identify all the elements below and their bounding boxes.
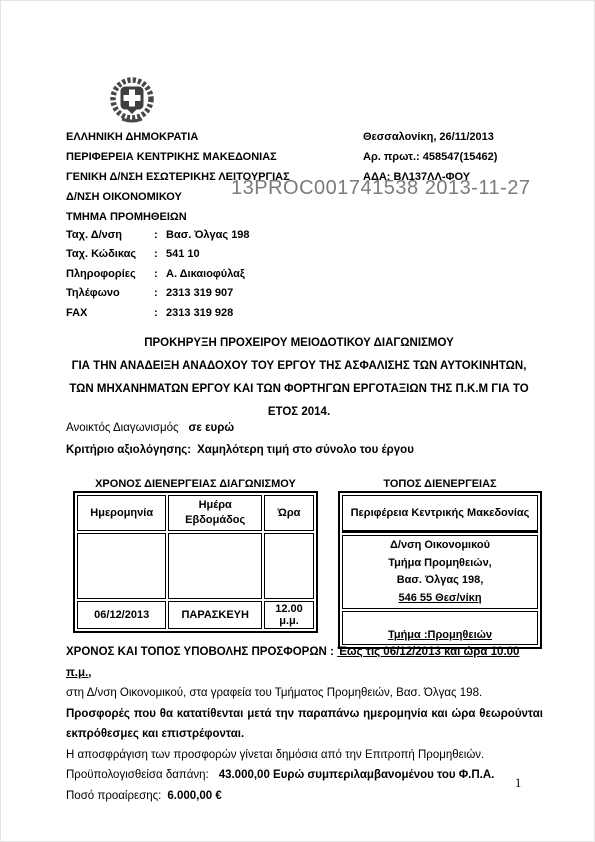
contact-block: Ταχ. Δ/νση : Βασ. Όλγας 198 Ταχ. Κώδικας… (66, 225, 250, 323)
issuer-line-republic: ΕΛΛΗΝΙΚΗ ΔΗΜΟΚΡΑΤΙΑ (66, 127, 290, 147)
empty-cell (168, 533, 262, 599)
place-table-region: Περιφέρεια Κεντρικής Μακεδονίας (342, 495, 538, 533)
contact-label: Τηλέφωνο (66, 287, 154, 299)
title-line-2: ΓΙΑ ΤΗΝ ΑΝΑΔΕΙΞΗ ΑΝΑΔΟΧΟΥ ΤΟΥ ΕΡΓΟΥ ΤΗΣ … (61, 355, 537, 378)
document-page: ΕΛΛΗΝΙΚΗ ΔΗΜΟΚΡΑΤΙΑ ΠΕΡΙΦΕΡΕΙΑ ΚΕΝΤΡΙΚΗΣ… (0, 0, 595, 842)
time-table: Ημερομηνία Ημέρα Εβδομάδος Ώρα 06/12/201… (73, 491, 318, 633)
address-line-directorate: Δ/νση Οικονομικού (346, 537, 534, 555)
time-table-data-row: 06/12/2013 ΠΑΡΑΣΚΕΥΗ 12.00 μ.μ. (77, 601, 314, 629)
issuer-line-region: ΠΕΡΙΦΕΡΕΙΑ ΚΕΝΤΡΙΚΗΣ ΜΑΚΕΔΟΝΙΑΣ (66, 147, 290, 167)
title-line-3: ΤΩΝ ΜΗΧΑΝΗΜΑΤΩΝ ΕΡΓΟΥ ΚΑΙ ΤΩΝ ΦΟΡΤΗΓΩΝ Ε… (61, 378, 537, 401)
contact-row-fax: FAX : 2313 319 928 (66, 303, 250, 323)
contact-colon: : (154, 287, 166, 299)
contact-value: 2313 319 928 (166, 307, 233, 319)
time-table-date: 06/12/2013 (77, 601, 166, 629)
place-table-caption: ΤΟΠΟΣ ΔΙΕΝΕΡΓΕΙΑΣ (338, 478, 542, 490)
address-line-department: Τμήμα Προμηθειών, (346, 555, 534, 573)
budget-paragraph: Προϋπολογισθείσα δαπάνη:43.000,00 Ευρώ σ… (66, 765, 543, 786)
contact-label: FAX (66, 307, 154, 319)
address-line-street: Βασ. Όλγας 198, (346, 572, 534, 590)
procedure-type: Ανοικτός Διαγωνισμός (66, 422, 179, 434)
greek-coat-of-arms-icon (105, 75, 159, 125)
option-value: 6.000,00 € (167, 790, 221, 802)
submission-heading: ΧΡΟΝΟΣ ΚΑΙ ΤΟΠΟΣ ΥΠΟΒΟΛΗΣ ΠΡΟΣΦΟΡΩΝ (66, 646, 327, 658)
criterion-label: Κριτήριο αξιολόγησης: (66, 444, 191, 456)
place-table-department: Τμήμα :Προμηθειών (388, 629, 492, 641)
place-table: Περιφέρεια Κεντρικής Μακεδονίας Δ/νση Οι… (338, 491, 542, 649)
contact-label: Ταχ. Δ/νση (66, 229, 154, 241)
body-text: ΧΡΟΝΟΣ ΚΑΙ ΤΟΠΟΣ ΥΠΟΒΟΛΗΣ ΠΡΟΣΦΟΡΩΝ : Έω… (66, 642, 543, 806)
contact-colon: : (154, 248, 166, 260)
place-table-department-cell: Τμήμα :Προμηθειών (342, 611, 538, 645)
time-table-header-row: Ημερομηνία Ημέρα Εβδομάδος Ώρα (77, 495, 314, 531)
time-table-day: ΠΑΡΑΣΚΕΥΗ (168, 601, 262, 629)
contact-value: 2313 319 907 (166, 287, 233, 299)
contact-label: Πληροφορίες (66, 268, 154, 280)
budget-label: Προϋπολογισθείσα δαπάνη: (66, 769, 209, 781)
time-table-caption: ΧΡΟΝΟΣ ΔΙΕΝΕΡΓΕΙΑΣ ΔΙΑΓΩΝΙΣΜΟΥ (73, 478, 318, 490)
contact-colon: : (154, 307, 166, 319)
time-table-hour: 12.00 μ.μ. (264, 601, 314, 629)
place-table-address-row: Δ/νση Οικονομικού Τμήμα Προμηθειών, Βασ.… (342, 535, 538, 609)
empty-cell (77, 533, 166, 599)
place-date-line: Θεσσαλονίκη, 26/11/2013 (363, 127, 497, 147)
place-table-department-row: Τμήμα :Προμηθειών (342, 611, 538, 645)
contact-value: Α. Δικαιοφύλαξ (166, 268, 245, 280)
contact-row-address: Ταχ. Δ/νση : Βασ. Όλγας 198 (66, 225, 250, 245)
address-line-city: 546 55 Θεσ/νίκη (346, 590, 534, 608)
contact-row-phone: Τηλέφωνο : 2313 319 907 (66, 284, 250, 304)
contact-row-information: Πληροφορίες : Α. Δικαιοφύλαξ (66, 264, 250, 284)
time-table-header-hour: Ώρα (264, 495, 314, 531)
contact-row-postcode: Ταχ. Κώδικας : 541 10 (66, 245, 250, 265)
issuer-line-department: ΤΜΗΜΑ ΠΡΟΜΗΘΕΙΩΝ (66, 207, 290, 227)
option-paragraph: Ποσό προαίρεσης:6.000,00 € (66, 786, 543, 807)
contact-value: Βασ. Όλγας 198 (166, 229, 250, 241)
procedure-currency: σε ευρώ (189, 422, 235, 434)
title-line-1: ΠΡΟΚΗΡΥΞΗ ΠΡΟΧΕΙΡΟΥ ΜΕΙΟΔΟΤΙΚΟΥ ΔΙΑΓΩΝΙΣ… (61, 332, 537, 355)
unsealing-paragraph: Η αποσφράγιση των προσφορών γίνεται δημό… (66, 745, 543, 766)
title-line-4: ΕΤΟΣ 2014. (61, 401, 537, 424)
budget-value: 43.000,00 Ευρώ συμπεριλαμβανομένου του Φ… (219, 769, 495, 781)
empty-cell (264, 533, 314, 599)
contact-colon: : (154, 229, 166, 241)
late-offers-paragraph: Προσφορές που θα κατατίθενται μετά την π… (66, 704, 543, 745)
time-table-header-date: Ημερομηνία (77, 495, 166, 531)
submission-paragraph: ΧΡΟΝΟΣ ΚΑΙ ΤΟΠΟΣ ΥΠΟΒΟΛΗΣ ΠΡΟΣΦΟΡΩΝ : Έω… (66, 642, 543, 704)
page-number: 1 (515, 776, 521, 791)
submission-location: στη Δ/νση Οικονομικού, στα γραφεία του Τ… (66, 687, 482, 699)
option-label: Ποσό προαίρεσης: (66, 790, 161, 802)
criterion-line: Κριτήριο αξιολόγησης:Χαμηλότερη τιμή στο… (66, 444, 414, 456)
contact-value: 541 10 (166, 248, 200, 260)
document-title: ΠΡΟΚΗΡΥΞΗ ΠΡΟΧΕΙΡΟΥ ΜΕΙΟΔΟΤΙΚΟΥ ΔΙΑΓΩΝΙΣ… (61, 332, 537, 424)
place-table-region-row: Περιφέρεια Κεντρικής Μακεδονίας (342, 495, 538, 533)
criterion-value: Χαμηλότερη τιμή στο σύνολο του έργου (197, 444, 414, 456)
contact-label: Ταχ. Κώδικας (66, 248, 154, 260)
time-table-header-day: Ημέρα Εβδομάδος (168, 495, 262, 531)
place-table-address: Δ/νση Οικονομικού Τμήμα Προμηθειών, Βασ.… (342, 535, 538, 609)
proc-registry-watermark: 13PROC001741538 2013-11-27 (231, 177, 531, 200)
contact-colon: : (154, 268, 166, 280)
time-table-empty-row (77, 533, 314, 599)
protocol-number-line: Αρ. πρωτ.: 458547(15462) (363, 147, 497, 167)
procedure-line: Ανοικτός Διαγωνισμόςσε ευρώ (66, 422, 234, 434)
submission-separator: : (327, 646, 337, 658)
